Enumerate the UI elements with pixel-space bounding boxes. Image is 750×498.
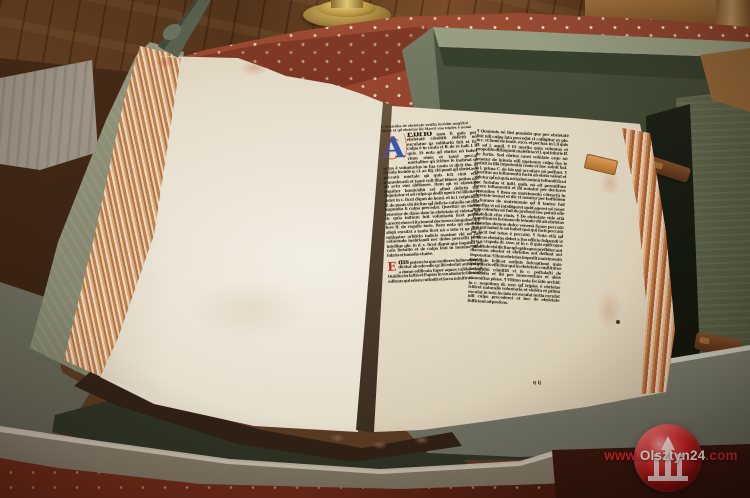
- photograph-medieval-book-in-box: C Creatūba de ebrietate vexilla ſecūdm̄ …: [0, 0, 750, 498]
- photo-vignette: [0, 0, 750, 498]
